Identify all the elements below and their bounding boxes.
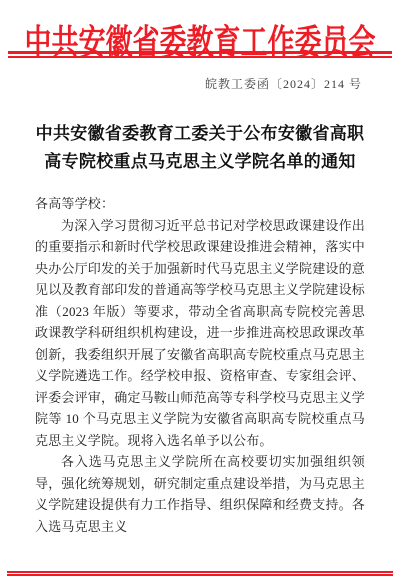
body-paragraph-2: 各入选马克思主义学院所在高校要切实加强组织领导，强化统筹规划，研究制定重点建设举…: [35, 451, 365, 537]
letterhead: 中共安徽省委教育工作委员会: [0, 0, 400, 51]
letterhead-org-name: 中共安徽省委教育工作委员会: [25, 13, 376, 65]
footer-separator-rule: [7, 571, 393, 577]
doc-number-row: 皖教工委函〔2024〕214 号: [0, 75, 400, 93]
doc-body: 各高等学校： 为深入学习贯彻习近平总书记对学校思政课建设作出的重要指示和新时代学…: [35, 193, 365, 537]
official-document-page: 中共安徽省委教育工作委员会 皖教工委函〔2024〕214 号 中共安徽省委教育工…: [0, 0, 400, 588]
salutation: 各高等学校：: [35, 193, 365, 215]
doc-title: 中共安徽省委教育工委关于公布安徽省高职 高专院校重点马克思主义学院名单的通知: [0, 120, 400, 176]
footer-rule-bottom-line: [7, 574, 393, 576]
doc-title-line2: 高专院校重点马克思主义学院名单的通知: [0, 148, 400, 176]
body-paragraph-1: 为深入学习贯彻习近平总书记对学校思政课建设作出的重要指示和新时代学校思政课建设推…: [35, 215, 365, 452]
doc-title-line1: 中共安徽省委教育工委关于公布安徽省高职: [0, 120, 400, 148]
doc-number: 皖教工委函〔2024〕214 号: [205, 77, 362, 91]
